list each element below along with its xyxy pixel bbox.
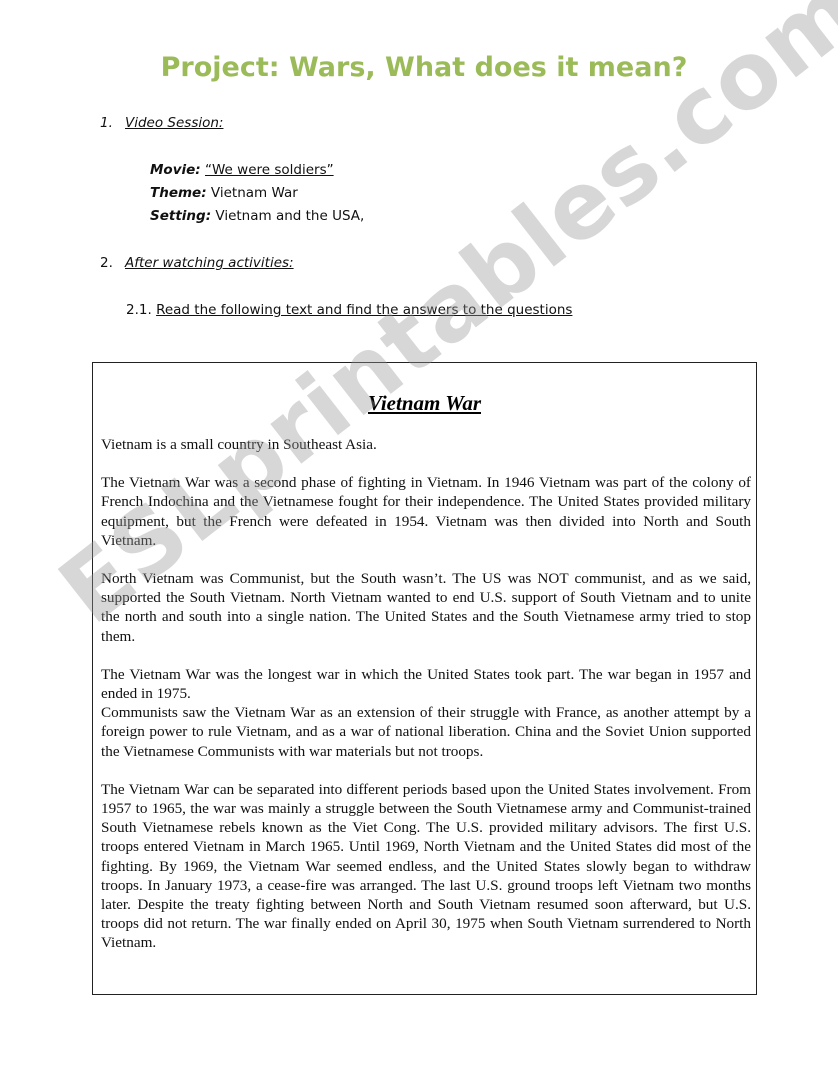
movie-line: Movie: “We were soldiers”: [150, 162, 334, 178]
reading-paragraph: Communists saw the Vietnam War as an ext…: [101, 703, 751, 761]
theme-label: Theme:: [150, 185, 207, 201]
section-1-label: Video Session:: [125, 115, 223, 131]
reading-text-box: Vietnam War Vietnam is a small country i…: [92, 362, 757, 995]
reading-title: Vietnam War: [93, 391, 756, 416]
theme-line: Theme: Vietnam War: [150, 185, 298, 201]
theme-value: Vietnam War: [211, 185, 298, 201]
section-2-label: After watching activities:: [125, 255, 294, 271]
setting-label: Setting:: [150, 208, 211, 224]
section-2-heading: 2.After watching activities:: [100, 255, 294, 271]
page-title: Project: Wars, What does it mean?: [0, 52, 838, 83]
setting-value: Vietnam and the USA,: [215, 208, 364, 224]
section-2-1-number: 2.1.: [126, 302, 152, 318]
reading-paragraph: The Vietnam War was a second phase of fi…: [101, 473, 751, 550]
setting-line: Setting: Vietnam and the USA,: [150, 208, 364, 224]
section-1-number: 1.: [100, 115, 125, 131]
section-2-1-label: Read the following text and find the ans…: [156, 302, 572, 318]
section-2-number: 2.: [100, 255, 125, 271]
movie-label: Movie:: [150, 162, 201, 178]
reading-paragraph: The Vietnam War was the longest war in w…: [101, 665, 751, 703]
reading-paragraph: Vietnam is a small country in Southeast …: [101, 435, 751, 454]
movie-value: “We were soldiers”: [205, 162, 334, 178]
reading-paragraph: North Vietnam was Communist, but the Sou…: [101, 569, 751, 646]
reading-paragraph: The Vietnam War can be separated into di…: [101, 780, 751, 953]
section-2-1-instruction: 2.1. Read the following text and find th…: [126, 302, 572, 318]
section-1-heading: 1.Video Session:: [100, 115, 223, 131]
worksheet-page: Project: Wars, What does it mean? 1.Vide…: [0, 0, 838, 1086]
reading-body: Vietnam is a small country in Southeast …: [101, 435, 751, 972]
